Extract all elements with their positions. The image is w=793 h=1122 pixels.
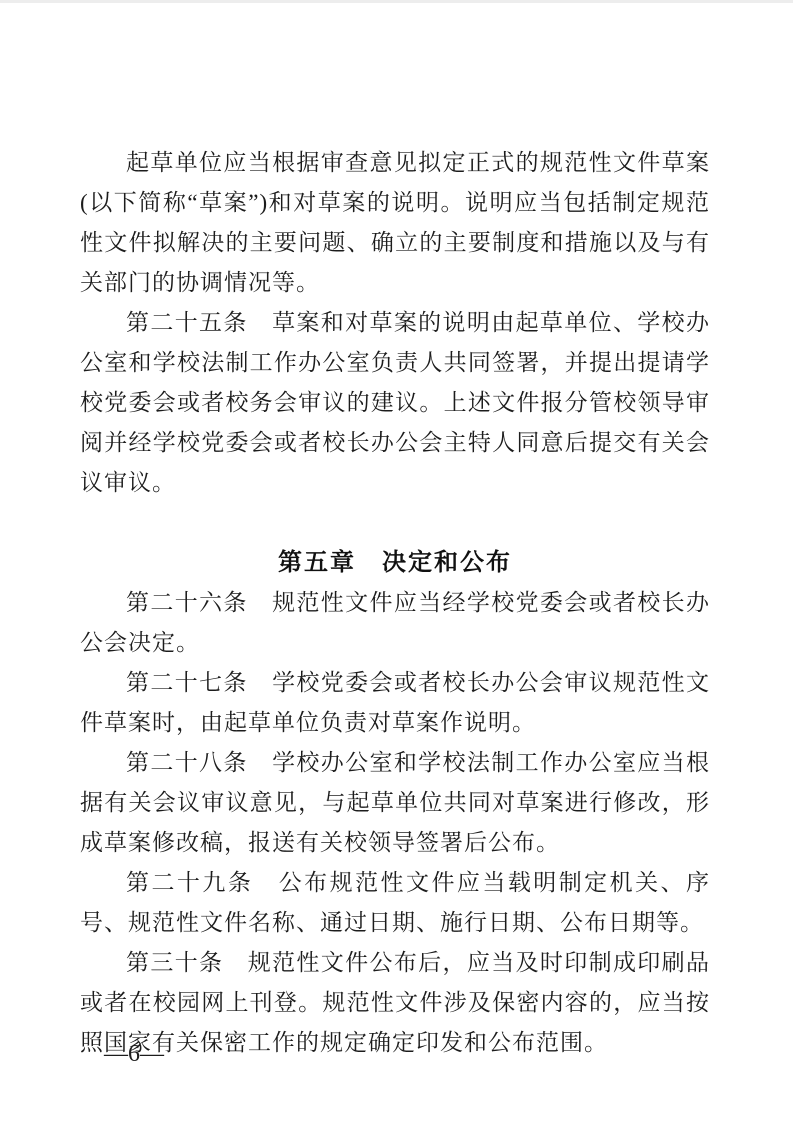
paragraph-article-27: 第二十七条 学校党委会或者校长办公会审议规范性文件草案时，由起草单位负责对草案作… [80,663,710,743]
chapter-heading: 第五章 决定和公布 [80,543,710,583]
page-number: —6— [104,1039,164,1069]
paragraph-article-30: 第三十条 规范性文件公布后，应当及时印制成印刷品或者在校园网上刊登。规范性文件涉… [80,943,710,1063]
paragraph-article-28: 第二十八条 学校办公室和学校法制工作办公室应当根据有关会议审议意见，与起草单位共… [80,743,710,863]
paragraph-continuation: 起草单位应当根据审查意见拟定正式的规范性文件草案(以下简称“草案”)和对草案的说… [80,143,710,303]
paragraph-article-29: 第二十九条 公布规范性文件应当载明制定机关、序号、规范性文件名称、通过日期、施行… [80,863,710,943]
paragraph-article-25: 第二十五条 草案和对草案的说明由起草单位、学校办公室和学校法制工作办公室负责人共… [80,303,710,503]
document-body: 起草单位应当根据审查意见拟定正式的规范性文件草案(以下简称“草案”)和对草案的说… [80,143,710,1063]
document-page: 起草单位应当根据审查意见拟定正式的规范性文件草案(以下简称“草案”)和对草案的说… [0,0,793,1122]
paragraph-article-26: 第二十六条 规范性文件应当经学校党委会或者校长办公会决定。 [80,583,710,663]
